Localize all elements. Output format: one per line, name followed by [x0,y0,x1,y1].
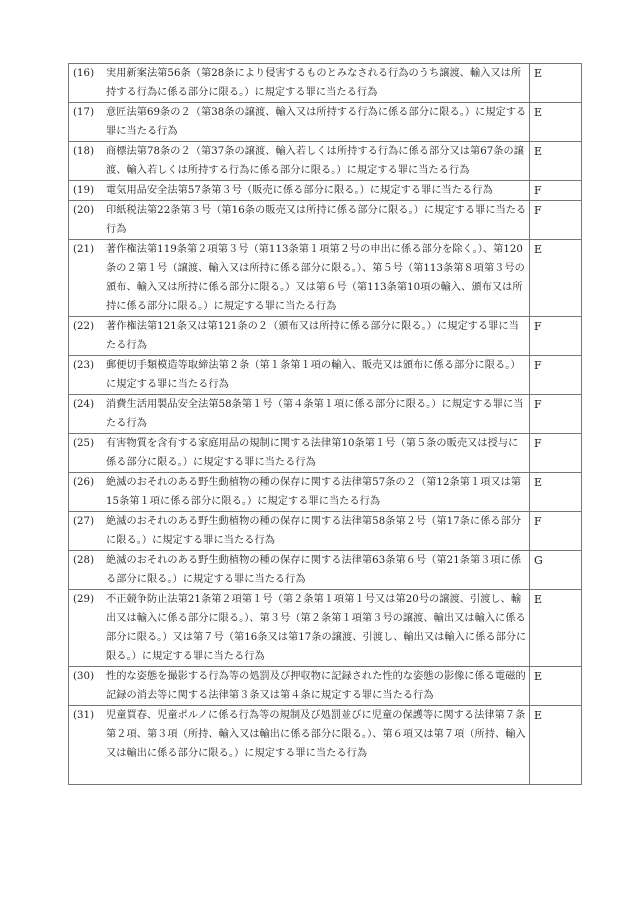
item-number: (19) [73,181,106,200]
item-number: (27) [73,512,106,531]
item-text: 郵便切手類模造等取締法第２条（第１条第１項の輸入、販売又は頒布に係る部分に限る。… [106,360,521,390]
item-number: (20) [73,201,106,220]
table-row: (22)著作権法第121条又は第121条の２（頒布又は所持に係る部分に限る。）に… [69,317,582,356]
category-cell: F [530,434,582,473]
category-cell: F [530,317,582,356]
item-number: (24) [73,395,106,414]
category-cell: F [530,201,582,240]
item-text: 消費生活用製品安全法第58条第１号（第４条第１項に係る部分に限る。）に規定する罪… [106,399,523,429]
offense-description-cell: (16)実用新案法第56条（第28条により侵害するものとみなされる行為のうち譲渡… [69,64,530,103]
table-row: (21)著作権法第119条第２項第３号（第113条第１項第２号の申出に係る部分を… [69,240,582,317]
category-cell: F [530,181,582,201]
category-cell: E [530,590,582,667]
table-row: (18)商標法第78条の２（第37条の譲渡、輸入若しくは所持する行為に係る部分又… [69,142,582,181]
offense-description-cell: (19)電気用品安全法第57条第３号（販売に係る部分に限る。）に規定する罪に当た… [69,181,530,201]
offense-description-cell: (25)有害物質を含有する家庭用品の規制に関する法律第10条第１号（第５条の販売… [69,434,530,473]
item-text: 電気用品安全法第57条第３号（販売に係る部分に限る。）に規定する罪に当たる行為 [106,185,493,196]
item-text: 著作権法第121条又は第121条の２（頒布又は所持に係る部分に限る。）に規定する… [106,321,519,351]
item-text: 商標法第78条の２（第37条の譲渡、輸入若しくは所持する行為に係る部分又は第67… [106,146,524,176]
item-number: (22) [73,317,106,336]
offense-description-cell: (31)児童買春、児童ポルノに係る行為等の規制及び処罰並びに児童の保護等に関する… [69,706,530,785]
category-cell: E [530,64,582,103]
item-text: 意匠法第69条の２（第38条の譲渡、輸入又は所持する行為に係る部分に限る。）に規… [106,107,526,137]
item-number: (16) [73,64,106,83]
item-number: (31) [73,706,106,725]
offense-description-cell: (21)著作権法第119条第２項第３号（第113条第１項第２号の申出に係る部分を… [69,240,530,317]
category-cell: G [530,551,582,590]
document-page: (16)実用新案法第56条（第28条により侵害するものとみなされる行為のうち譲渡… [0,0,630,903]
item-text: 絶滅のおそれのある野生動植物の種の保存に関する法律第57条の２（第12条第１項又… [106,477,521,507]
table-row: (17)意匠法第69条の２（第38条の譲渡、輸入又は所持する行為に係る部分に限る… [69,103,582,142]
category-cell: E [530,473,582,512]
item-text: 児童買春、児童ポルノに係る行為等の規制及び処罰並びに児童の保護等に関する法律第７… [106,710,526,759]
item-text: 性的な姿態を撮影する行為等の処罰及び押収物に記録された性的な姿態の影像に係る電磁… [106,671,526,701]
item-number: (30) [73,667,106,686]
offense-description-cell: (22)著作権法第121条又は第121条の２（頒布又は所持に係る部分に限る。）に… [69,317,530,356]
offense-description-cell: (27)絶滅のおそれのある野生動植物の種の保存に関する法律第58条第２号（第17… [69,512,530,551]
item-number: (29) [73,590,106,609]
item-text: 絶滅のおそれのある野生動植物の種の保存に関する法律第63条第６号（第21条第３項… [106,555,521,585]
offense-description-cell: (18)商標法第78条の２（第37条の譲渡、輸入若しくは所持する行為に係る部分又… [69,142,530,181]
offense-description-cell: (24)消費生活用製品安全法第58条第１号（第４条第１項に係る部分に限る。）に規… [69,395,530,434]
category-cell: E [530,142,582,181]
category-cell: F [530,512,582,551]
item-number: (23) [73,356,106,375]
offense-description-cell: (20)印紙税法第22条第３号（第16条の販売又は所持に係る部分に限る。）に規定… [69,201,530,240]
category-cell: E [530,103,582,142]
category-cell: E [530,706,582,785]
table-row: (20)印紙税法第22条第３号（第16条の販売又は所持に係る部分に限る。）に規定… [69,201,582,240]
category-cell: E [530,667,582,706]
item-number: (28) [73,551,106,570]
table-row: (25)有害物質を含有する家庭用品の規制に関する法律第10条第１号（第５条の販売… [69,434,582,473]
item-number: (25) [73,434,106,453]
item-text: 絶滅のおそれのある野生動植物の種の保存に関する法律第58条第２号（第17条に係る… [106,516,521,546]
category-cell: F [530,395,582,434]
item-text: 有害物質を含有する家庭用品の規制に関する法律第10条第１号（第５条の販売又は授与… [106,438,518,468]
item-text: 印紙税法第22条第３号（第16条の販売又は所持に係る部分に限る。）に規定する罪に… [106,205,526,235]
offense-description-cell: (17)意匠法第69条の２（第38条の譲渡、輸入又は所持する行為に係る部分に限る… [69,103,530,142]
item-text: 実用新案法第56条（第28条により侵害するものとみなされる行為のうち譲渡、輸入又… [106,68,521,98]
table-row: (23)郵便切手類模造等取締法第２条（第１条第１項の輸入、販売又は頒布に係る部分… [69,356,582,395]
offense-description-cell: (28)絶滅のおそれのある野生動植物の種の保存に関する法律第63条第６号（第21… [69,551,530,590]
table-row: (28)絶滅のおそれのある野生動植物の種の保存に関する法律第63条第６号（第21… [69,551,582,590]
item-text: 不正競争防止法第21条第２項第１号（第２条第１項第１号又は第20号の譲渡、引渡し… [106,594,526,662]
category-cell: F [530,356,582,395]
table-row: (24)消費生活用製品安全法第58条第１号（第４条第１項に係る部分に限る。）に規… [69,395,582,434]
table-row: (19)電気用品安全法第57条第３号（販売に係る部分に限る。）に規定する罪に当た… [69,181,582,201]
offense-description-cell: (26)絶滅のおそれのある野生動植物の種の保存に関する法律第57条の２（第12条… [69,473,530,512]
offense-description-cell: (30)性的な姿態を撮影する行為等の処罰及び押収物に記録された性的な姿態の影像に… [69,667,530,706]
category-cell: E [530,240,582,317]
offense-description-cell: (23)郵便切手類模造等取締法第２条（第１条第１項の輸入、販売又は頒布に係る部分… [69,356,530,395]
item-number: (18) [73,142,106,161]
table-row: (16)実用新案法第56条（第28条により侵害するものとみなされる行為のうち譲渡… [69,64,582,103]
table-row: (26)絶滅のおそれのある野生動植物の種の保存に関する法律第57条の２（第12条… [69,473,582,512]
table-row: (30)性的な姿態を撮影する行為等の処罰及び押収物に記録された性的な姿態の影像に… [69,667,582,706]
item-number: (26) [73,473,106,492]
item-number: (21) [73,240,106,259]
item-text: 著作権法第119条第２項第３号（第113条第１項第２号の申出に係る部分を除く。）… [106,244,525,312]
table-row: (29)不正競争防止法第21条第２項第１号（第２条第１項第１号又は第20号の譲渡… [69,590,582,667]
offense-description-cell: (29)不正競争防止法第21条第２項第１号（第２条第１項第１号又は第20号の譲渡… [69,590,530,667]
item-number: (17) [73,103,106,122]
offense-category-table: (16)実用新案法第56条（第28条により侵害するものとみなされる行為のうち譲渡… [68,63,582,785]
table-row: (27)絶滅のおそれのある野生動植物の種の保存に関する法律第58条第２号（第17… [69,512,582,551]
table-row: (31)児童買春、児童ポルノに係る行為等の規制及び処罰並びに児童の保護等に関する… [69,706,582,785]
